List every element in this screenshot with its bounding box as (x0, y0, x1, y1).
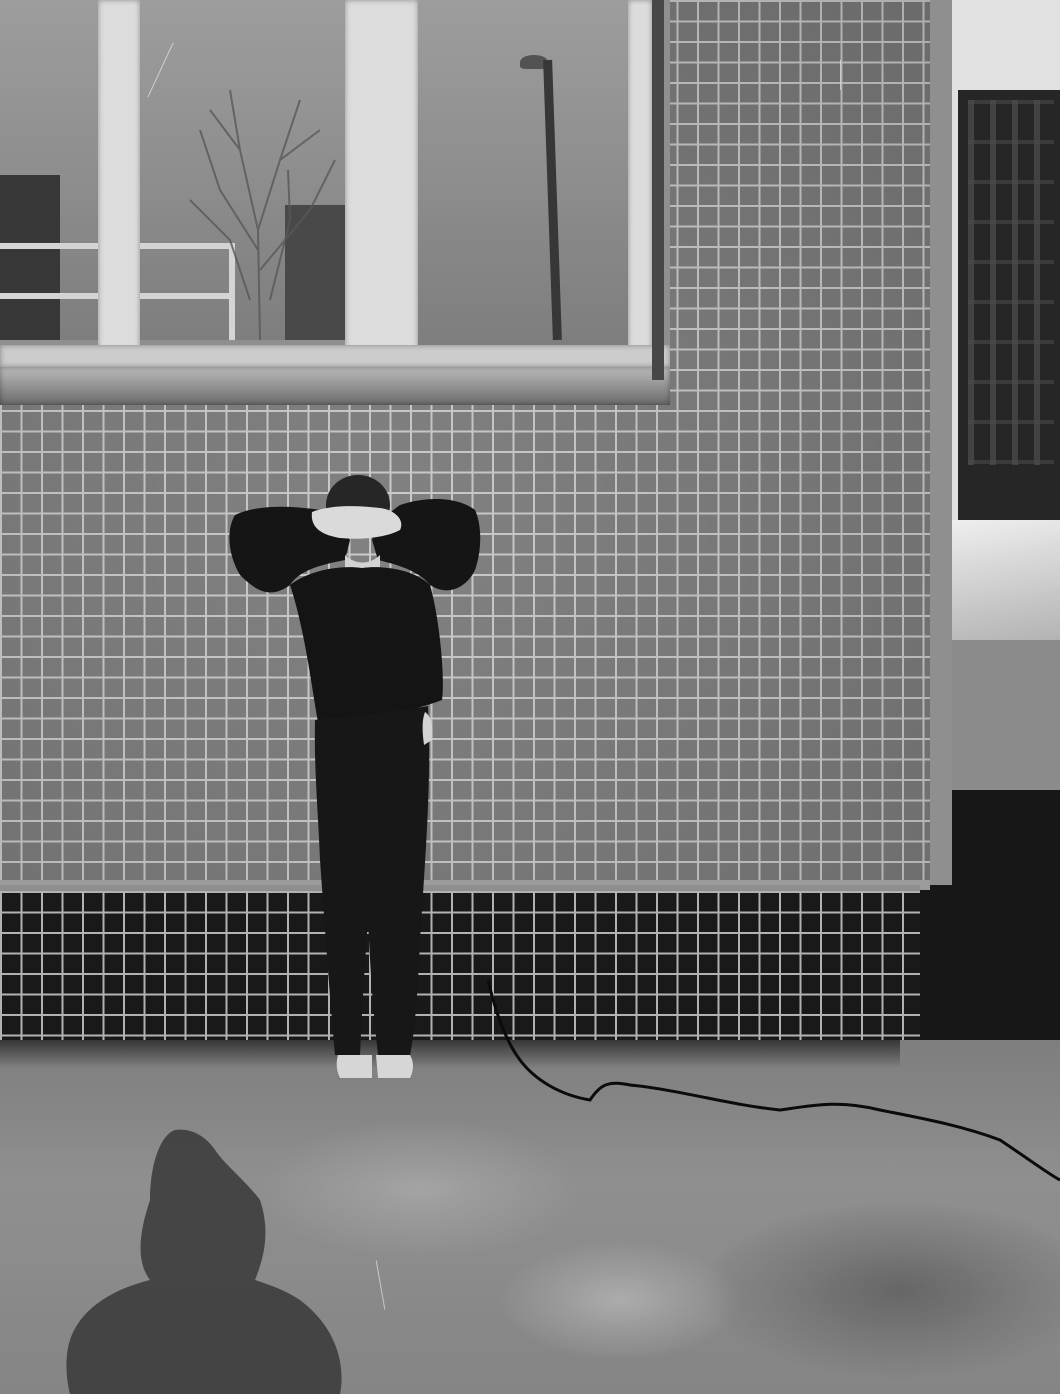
cable (0, 0, 1060, 1394)
photograph: Black-and-white film photograph of a chi… (0, 0, 1060, 1394)
film-scratch (840, 60, 841, 90)
